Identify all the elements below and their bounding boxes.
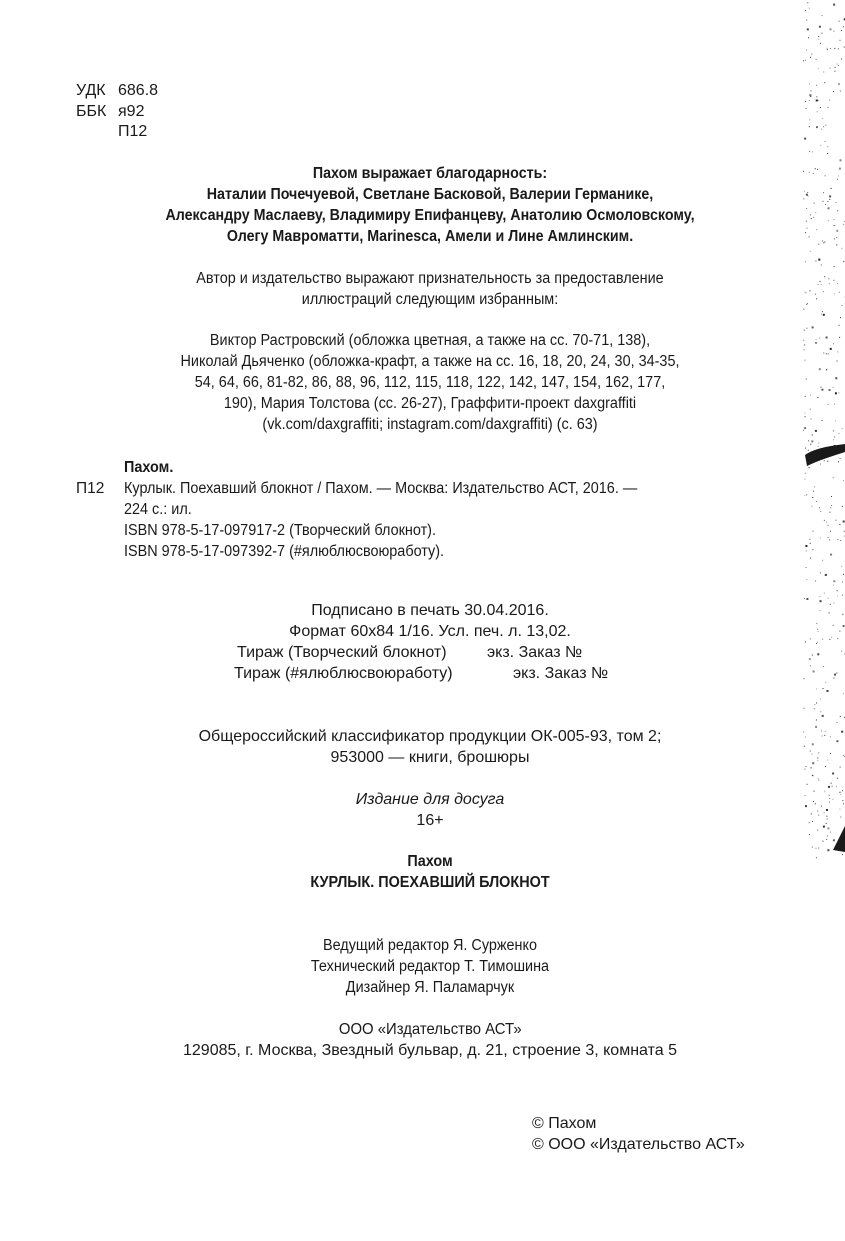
author-mark: П12	[118, 122, 147, 143]
credits-line: (vk.com/daxgraffiti; instagram.com/daxgr…	[123, 414, 737, 435]
acknowledgements: Пахом выражает благодарность: Наталии По…	[126, 163, 733, 247]
isbn-line: ISBN 978-5-17-097917-2 (Творческий блокн…	[124, 520, 436, 541]
illustration-gratitude: Автор и издательство выражают признатель…	[123, 268, 737, 310]
credits-line: Виктор Растровский (обложка цветная, а т…	[123, 330, 737, 351]
editorial-staff: Ведущий редактор Я. Сурженко Технический…	[123, 935, 737, 998]
credits-line: 190), Мария Толстова (сс. 26-27), Граффи…	[123, 393, 737, 414]
signed-date: Подписано в печать 30.04.2016.	[200, 600, 660, 621]
bibliographic-record: Пахом. П12 Курлык. Поехавший блокнот / П…	[76, 457, 776, 562]
tirage-suffix: экз. Заказ №	[513, 663, 608, 684]
record-line: 224 с.: ил.	[124, 499, 192, 520]
copyright-line: © Пахом	[532, 1113, 745, 1134]
udk-row: УДК 686.8	[76, 81, 158, 102]
acknowledgements-heading: Пахом выражает благодарность:	[126, 163, 733, 184]
staff-line: Ведущий редактор Я. Сурженко	[123, 935, 737, 956]
book-author: Пахом	[123, 851, 737, 872]
tirage-row: Тираж (Творческий блокнот) экз. Заказ №	[200, 642, 660, 663]
edition-label: Издание для досуга	[100, 789, 760, 810]
product-classifier: Общероссийский классификатор продукции О…	[100, 726, 760, 768]
age-rating: 16+	[100, 810, 760, 831]
credits-line: Николай Дьяченко (обложка-крафт, а также…	[123, 351, 737, 372]
publisher-name: ООО «Издательство АСТ»	[339, 1019, 522, 1040]
publisher-address: 129085, г. Москва, Звездный бульвар, д. …	[100, 1040, 760, 1061]
copyright-line: © ООО «Издательство АСТ»	[532, 1134, 745, 1155]
isbn-line: ISBN 978-5-17-097392-7 (#ялюблюсвоюработ…	[124, 541, 444, 562]
udk-value: 686.8	[118, 81, 158, 102]
record-line: Курлык. Поехавший блокнот / Пахом. — Мос…	[124, 478, 637, 499]
staff-line: Технический редактор Т. Тимошина	[123, 956, 737, 977]
gratitude-line: Автор и издательство выражают признатель…	[123, 268, 737, 289]
publisher-info: ООО «Издательство АСТ» 129085, г. Москва…	[100, 1019, 760, 1061]
classifier-line: Общероссийский классификатор продукции О…	[100, 726, 760, 747]
edition-type: Издание для досуга 16+	[100, 789, 760, 831]
bbk-value: я92	[118, 102, 144, 123]
author-mark-row: П12	[76, 122, 158, 143]
copyright-block: © Пахом © ООО «Издательство АСТ»	[532, 1113, 745, 1155]
book-title-block: Пахом КУРЛЫК. ПОЕХАВШИЙ БЛОКНОТ	[123, 851, 737, 893]
classifier-line: 953000 — книги, брошюры	[100, 747, 760, 768]
udk-label: УДК	[76, 81, 118, 102]
classification-block: УДК 686.8 ББК я92 П12	[76, 81, 158, 143]
acknowledgements-line: Наталии Почечуевой, Светлане Басковой, В…	[126, 184, 733, 205]
illustration-credits: Виктор Растровский (обложка цветная, а т…	[123, 330, 737, 435]
bbk-label: ББК	[76, 102, 118, 123]
gratitude-line: иллюстраций следующим избранным:	[123, 289, 737, 310]
format-info: Формат 60x84 1/16. Усл. печ. л. 13,02.	[200, 621, 660, 642]
bbk-row: ББК я92	[76, 102, 158, 123]
tirage-label: Тираж (Творческий блокнот)	[237, 642, 447, 663]
tirage-row: Тираж (#ялюблюсвоюработу) экз. Заказ №	[200, 663, 660, 684]
record-author: Пахом.	[124, 457, 173, 478]
tirage-label: Тираж (#ялюблюсвоюработу)	[234, 663, 453, 684]
scan-edge-noise	[795, 0, 845, 1241]
staff-line: Дизайнер Я. Паламарчук	[123, 977, 737, 998]
tirage-suffix: экз. Заказ №	[487, 642, 582, 663]
record-code: П12	[76, 478, 104, 499]
print-info: Подписано в печать 30.04.2016. Формат 60…	[200, 600, 660, 684]
book-title: КУРЛЫК. ПОЕХАВШИЙ БЛОКНОТ	[123, 872, 737, 893]
acknowledgements-line: Александру Маслаеву, Владимиру Епифанцев…	[126, 205, 733, 226]
credits-line: 54, 64, 66, 81-82, 86, 88, 96, 112, 115,…	[123, 372, 737, 393]
acknowledgements-line: Олегу Мавроматти, Marinesca, Амели и Лин…	[126, 226, 733, 247]
